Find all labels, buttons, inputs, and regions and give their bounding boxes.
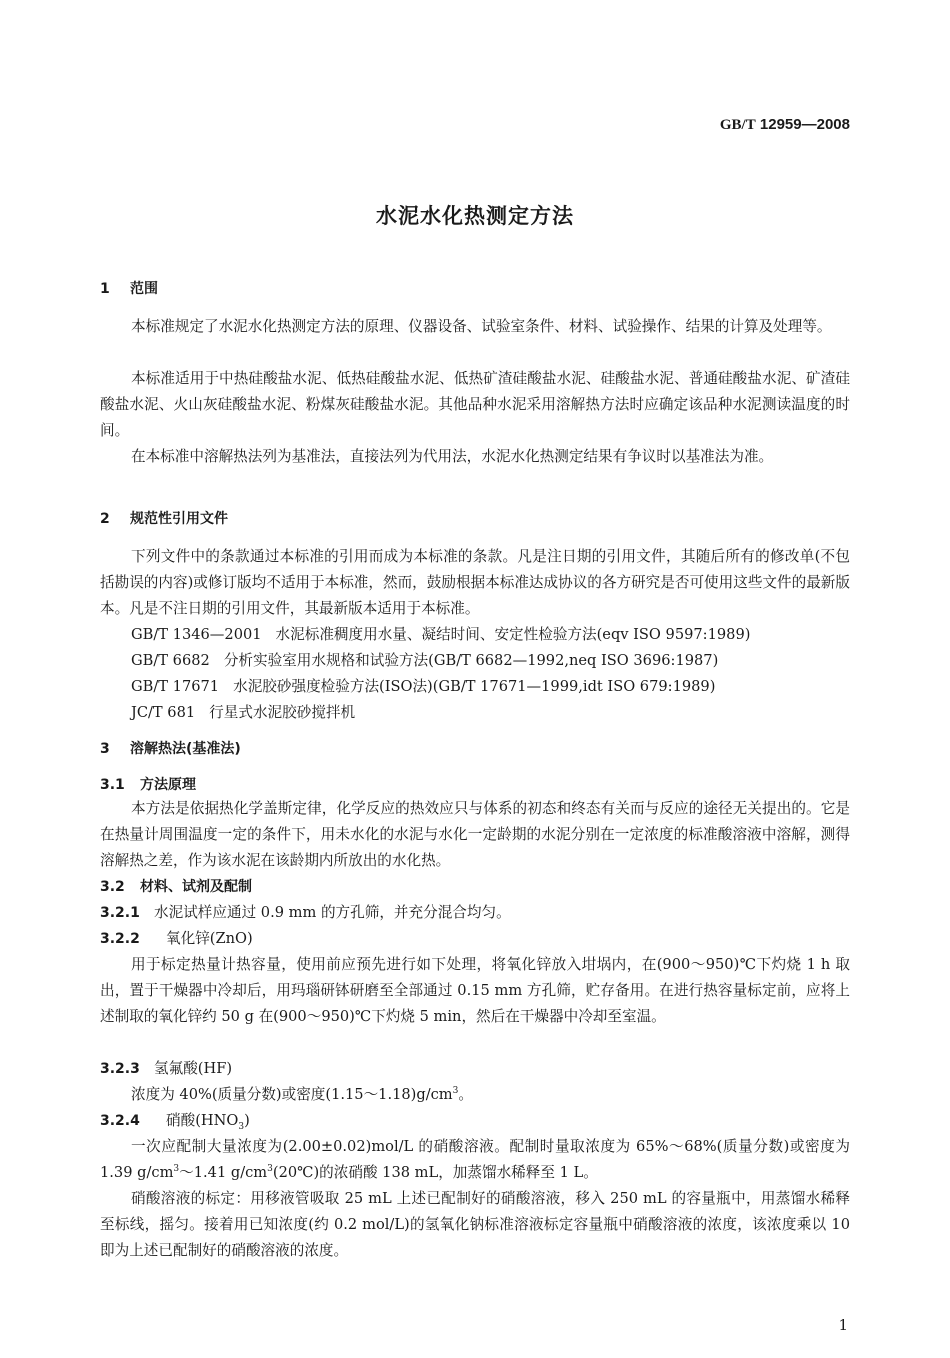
reference-item: JC/T 681行星式水泥胶砂搅拌机 <box>100 700 881 726</box>
clause-number: 3.2.3 <box>100 1056 154 1082</box>
reference-code: GB/T 17671 <box>131 678 219 695</box>
section-1-paragraph-1: 本标准规定了水泥水化热测定方法的原理、仪器设备、试验室条件、材料、试验操作、结果… <box>100 314 850 340</box>
clause-number: 3.2.2 <box>100 926 166 952</box>
section-3-2-4-paragraph-1: 一次应配制大量浓度为(2.00±0.02)mol/L 的硝酸溶液。配制时量取浓度… <box>100 1134 850 1186</box>
section-3-2-3-paragraph: 浓度为 40%(质量分数)或密度(1.15～1.18)g/cm3。 <box>100 1082 850 1108</box>
reference-title: 水泥标准稠度用水量、凝结时间、安定性检验方法(eqv ISO 9597:1989… <box>276 626 751 643</box>
reference-title: 分析实验室用水规格和试验方法(GB/T 6682—1992,neq ISO 36… <box>224 652 718 669</box>
reference-title: 水泥胶砂强度检验方法(ISO法)(GB/T 17671—1999,idt ISO… <box>233 678 715 695</box>
section-1-heading: 1范围 <box>100 276 850 302</box>
section-3-2-4-paragraph-2: 硝酸溶液的标定：用移液管吸取 25 mL 上述已配制好的硝酸溶液，移入 250 … <box>100 1186 850 1264</box>
page-number: 1 <box>838 1316 848 1334</box>
section-3-2-1: 3.2.1水泥试样应通过 0.9 mm 的方孔筛，并充分混合均匀。 <box>100 900 850 926</box>
reference-item: GB/T 6682分析实验室用水规格和试验方法(GB/T 6682—1992,n… <box>100 648 881 674</box>
section-3-1-paragraph: 本方法是依据热化学盖斯定律，化学反应的热效应只与体系的初态和终态有关而与反应的途… <box>100 796 850 874</box>
section-3-2-2-paragraph: 用于标定热量计热容量，使用前应预先进行如下处理，将氧化锌放入坩埚内，在(900～… <box>100 952 850 1030</box>
clause-title: 硝酸(HNO3) <box>166 1112 250 1129</box>
document-page: GB/T 12959—2008 水泥水化热测定方法 1范围 本标准规定了水泥水化… <box>0 0 950 1358</box>
clause-number: 3.2.1 <box>100 900 154 926</box>
section-2-intro: 下列文件中的条款通过本标准的引用而成为本标准的条款。凡是注日期的引用文件，其随后… <box>100 544 850 622</box>
standard-prefix: GB/T <box>720 117 756 133</box>
clause-title: 氧化锌(ZnO) <box>166 930 253 947</box>
section-2-heading: 2规范性引用文件 <box>100 506 850 532</box>
clause-number: 3.2.4 <box>100 1108 166 1134</box>
section-3-2-4-heading: 3.2.4硝酸(HNO3) <box>100 1108 850 1134</box>
section-3-2-heading: 3.2材料、试剂及配制 <box>100 874 850 900</box>
reference-item: GB/T 17671水泥胶砂强度检验方法(ISO法)(GB/T 17671—19… <box>100 674 881 700</box>
reference-code: JC/T 681 <box>131 704 195 721</box>
section-3-1-heading: 3.1方法原理 <box>100 772 850 798</box>
reference-title: 行星式水泥胶砂搅拌机 <box>209 704 355 721</box>
standard-number: 12959—2008 <box>760 116 850 133</box>
reference-code: GB/T 1346—2001 <box>131 626 262 643</box>
document-title: 水泥水化热测定方法 <box>0 200 950 230</box>
section-3-2-2-heading: 3.2.2氧化锌(ZnO) <box>100 926 850 952</box>
section-1-paragraph-3: 在本标准中溶解热法列为基准法，直接法列为代用法，水泥水化热测定结果有争议时以基准… <box>100 444 850 470</box>
section-3-2-3-heading: 3.2.3氢氟酸(HF) <box>100 1056 850 1082</box>
reference-code: GB/T 6682 <box>131 652 210 669</box>
section-3-heading: 3溶解热法(基准法) <box>100 736 850 762</box>
section-1-paragraph-2: 本标准适用于中热硅酸盐水泥、低热硅酸盐水泥、低热矿渣硅酸盐水泥、硅酸盐水泥、普通… <box>100 366 850 444</box>
reference-item: GB/T 1346—2001水泥标准稠度用水量、凝结时间、安定性检验方法(eqv… <box>100 622 881 648</box>
clause-title: 氢氟酸(HF) <box>154 1060 232 1077</box>
standard-code: GB/T 12959—2008 <box>720 116 850 134</box>
clause-text: 水泥试样应通过 0.9 mm 的方孔筛，并充分混合均匀。 <box>154 904 511 921</box>
